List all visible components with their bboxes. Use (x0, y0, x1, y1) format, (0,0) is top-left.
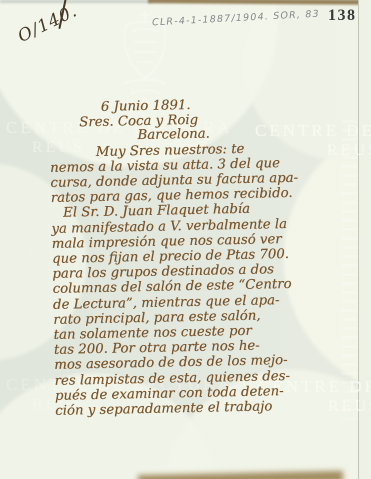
paper-texture-pattern (342, 120, 358, 420)
page-edge-bottom (138, 471, 343, 479)
letter: 6 Junio 1891. Sres. Coca y Roig Barcelon… (49, 95, 330, 419)
watermark-line2: REUS (327, 141, 371, 161)
inventory-annotation-text: O/140. (15, 1, 81, 47)
inventory-annotation: O/140. (15, 1, 81, 47)
page-number: 138 (328, 7, 357, 25)
page-edge-top-right (148, 0, 371, 5)
watermark-line2: REUS (328, 397, 371, 417)
scanned-letter-page: CENTRE DE LECTURAREUSCENTRE DE LECTURARE… (0, 0, 371, 479)
letter-body: Muy Sres nuestros: tenemos a la vista su… (50, 140, 330, 419)
page-edge-top-left (0, 0, 152, 3)
